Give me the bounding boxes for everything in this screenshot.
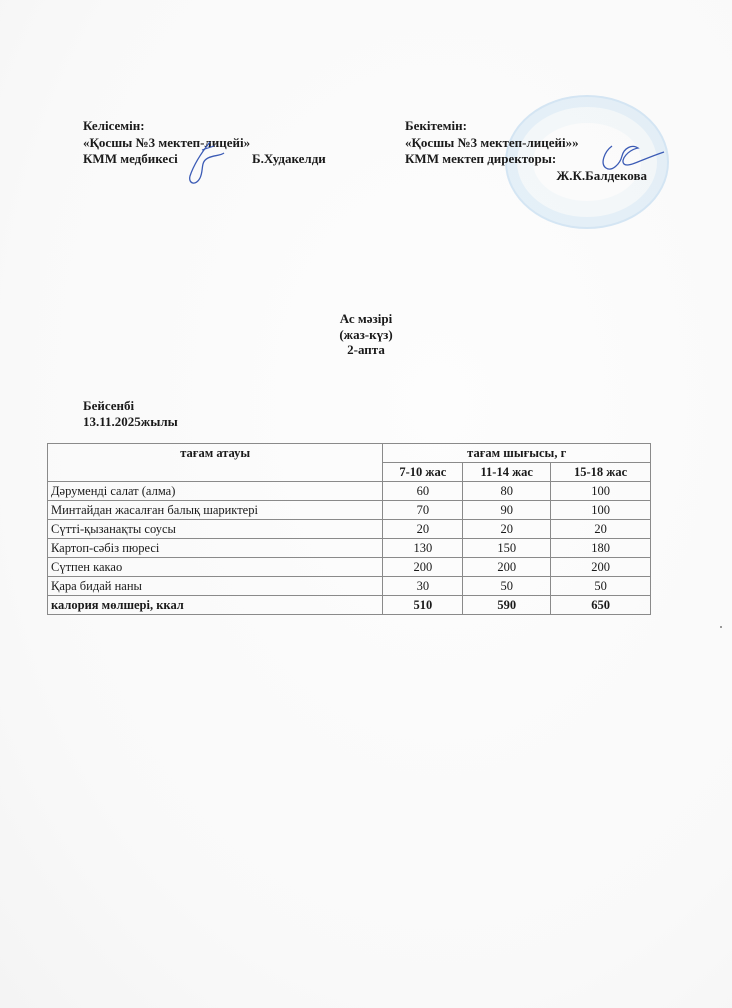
nurse-role: КММ медбикесі [83,151,178,166]
dish-name: Минтайдан жасалған балық шариктері [48,501,383,520]
approval-block-agreed: Келісемін: «Қосшы №3 мектеп-лицейі» КММ … [83,118,353,168]
nurse-line: КММ медбикесі Б.Худакелди [83,151,353,168]
scan-speck [720,626,722,628]
portion-value: 100 [551,501,651,520]
menu-table: тағам атауы тағам шығысы, г 7-10 жас 11-… [47,443,651,615]
portion-value: 70 [383,501,463,520]
portion-value: 20 [551,520,651,539]
header-age-15-18: 15-18 жас [551,463,651,482]
dish-name: Дәруменді салат (алма) [48,482,383,501]
portion-value: 180 [551,539,651,558]
header-output: тағам шығысы, г [383,444,651,463]
approved-label: Бекітемін: [405,118,655,135]
total-value: 510 [383,596,463,615]
portion-value: 200 [383,558,463,577]
portion-value: 90 [463,501,551,520]
portion-value: 200 [463,558,551,577]
portion-value: 50 [551,577,651,596]
table-row: Минтайдан жасалған балық шариктері709010… [48,501,651,520]
portion-value: 100 [551,482,651,501]
agreed-label: Келісемін: [83,118,353,135]
title-line-menu: Ас мәзірі [0,311,732,327]
portion-value: 150 [463,539,551,558]
school-name: «Қосшы №3 мектеп-лицейі» [83,135,353,152]
date-block: Бейсенбі 13.11.2025жылы [83,398,178,430]
title-line-week: 2-апта [0,342,732,358]
document-page: Келісемін: «Қосшы №3 мектеп-лицейі» КММ … [0,0,732,1008]
portion-value: 60 [383,482,463,501]
total-row: калория мөлшері, ккал510590650 [48,596,651,615]
nurse-name: Б.Худакелди [252,151,326,168]
portion-value: 20 [463,520,551,539]
portion-value: 200 [551,558,651,577]
header-dish-name: тағам атауы [48,444,383,482]
portion-value: 50 [463,577,551,596]
portion-value: 130 [383,539,463,558]
dish-name: Сүтпен какао [48,558,383,577]
table-row: Сүтпен какао200200200 [48,558,651,577]
dish-name: Картоп-сәбіз пюресі [48,539,383,558]
table-row: Сүтті-қызанақты соусы202020 [48,520,651,539]
weekday: Бейсенбі [83,398,178,414]
portion-value: 20 [383,520,463,539]
total-label: калория мөлшері, ккал [48,596,383,615]
director-name: Ж.К.Балдекова [405,168,655,185]
title-line-season: (жаз-күз) [0,327,732,343]
table-row: Дәруменді салат (алма)6080100 [48,482,651,501]
director-role: КММ мектеп директоры: [405,151,655,168]
menu-title: Ас мәзірі (жаз-күз) 2-апта [0,311,732,358]
portion-value: 80 [463,482,551,501]
dish-name: Сүтті-қызанақты соусы [48,520,383,539]
dish-name: Қара бидай наны [48,577,383,596]
total-value: 650 [551,596,651,615]
portion-value: 30 [383,577,463,596]
approval-block-approved: Бекітемін: «Қосшы №3 мектеп-лицейі»» КММ… [405,118,655,184]
total-value: 590 [463,596,551,615]
date: 13.11.2025жылы [83,414,178,430]
table-row: Картоп-сәбіз пюресі130150180 [48,539,651,558]
header-age-7-10: 7-10 жас [383,463,463,482]
school-name: «Қосшы №3 мектеп-лицейі»» [405,135,655,152]
table-row: Қара бидай наны305050 [48,577,651,596]
header-age-11-14: 11-14 жас [463,463,551,482]
